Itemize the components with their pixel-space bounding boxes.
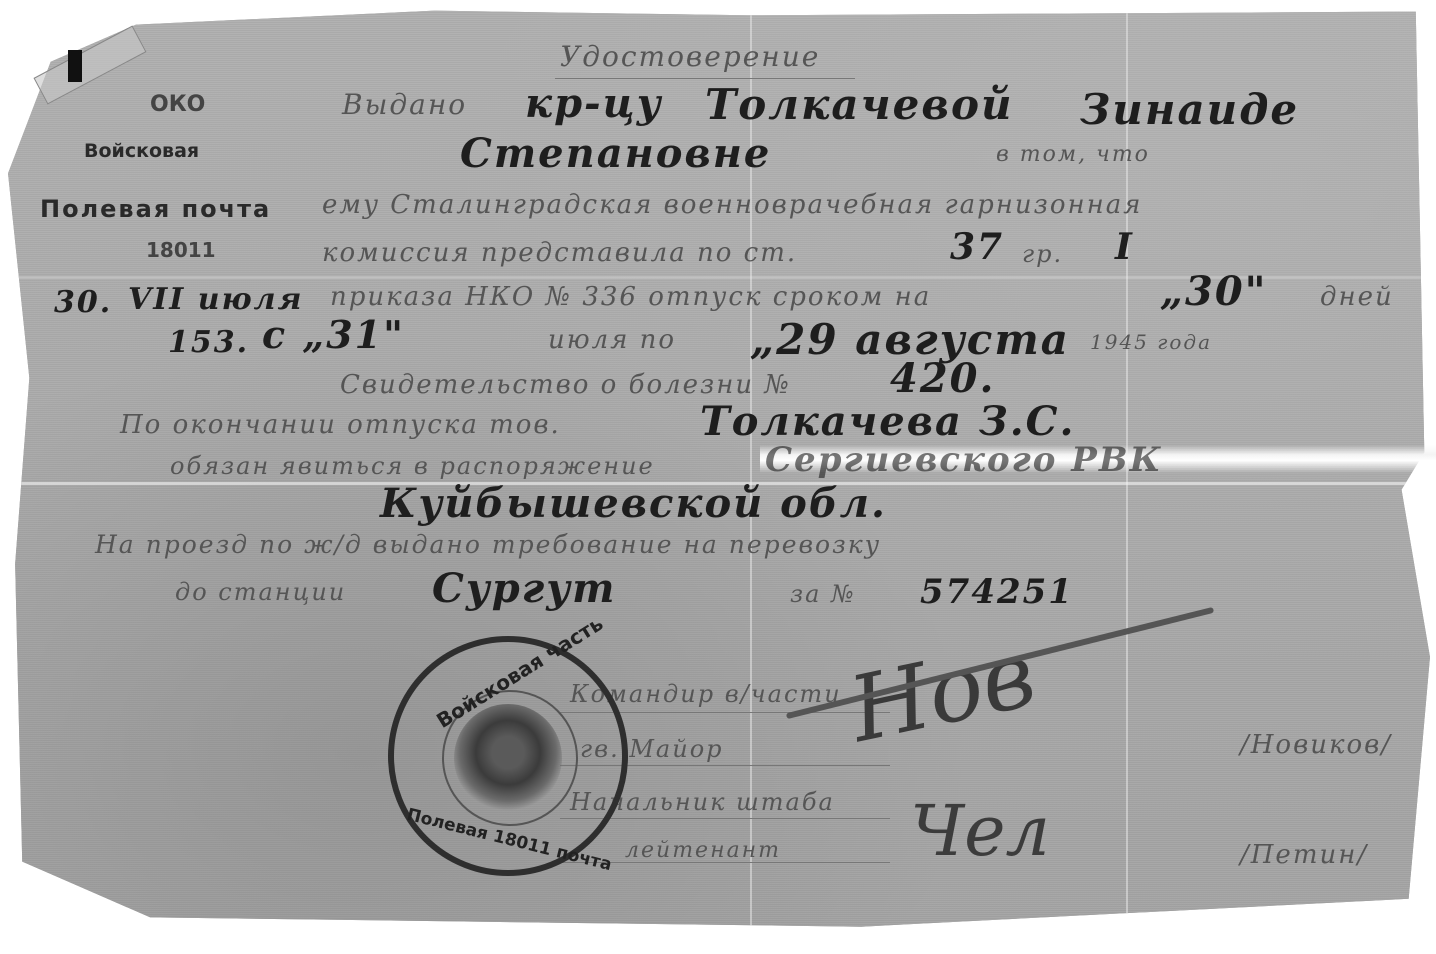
to-station-label: до станции (175, 578, 346, 606)
sick-certificate-number: 420. (890, 355, 995, 402)
rank: кр-цу (525, 80, 663, 127)
title-underline (555, 78, 855, 79)
corner-stamp-oko: ОКО (150, 92, 205, 117)
chief-name: /Петин/ (1240, 840, 1368, 870)
soviet-emblem-icon (454, 704, 562, 812)
commission-line: ему Сталинградская военноврачебная гарни… (322, 190, 1142, 220)
on-completion-label: По окончании отпуска тов. (120, 410, 561, 440)
requisition-label: за № (790, 580, 856, 608)
requisition-number: 574251 (920, 572, 1074, 612)
region: Куйбышевской обл. (380, 480, 887, 527)
article-number: 37 (950, 226, 1004, 268)
official-seal: Войсковая часть Полевая 18011 почта (388, 636, 628, 876)
station-name: Сургут (432, 565, 616, 612)
chief-signature: Чел (910, 790, 1050, 872)
corner-stamp-post: Полевая почта (40, 195, 271, 223)
comrade-name: Толкачева З.С. (700, 398, 1075, 445)
group-number: I (1115, 226, 1134, 268)
group-label: гр. (1022, 240, 1063, 268)
document-title: Удостоверение (560, 40, 820, 73)
recipient-name: Зинаиде (1080, 85, 1299, 134)
black-tab-mark (68, 50, 82, 82)
month-from: июля по (548, 325, 676, 355)
corner-stamp-unit: Войсковая (84, 140, 199, 162)
in-that-label: в том, что (996, 142, 1150, 167)
days-label: дней (1320, 282, 1394, 312)
order-line: приказа НКО № 336 отпуск сроком на (330, 282, 931, 312)
stamp-outgoing-number: 153. (168, 325, 249, 360)
travel-line: На проезд по ж/д выдано требование на пе… (95, 530, 881, 559)
issued-to-label: Выдано (342, 88, 467, 121)
corner-stamp-number: 18011 (146, 238, 216, 262)
stamp-date-day: 30. (54, 285, 112, 320)
leave-year: 1945 года (1090, 330, 1212, 354)
leave-days: „30" (1160, 268, 1268, 315)
obliged-label: обязан явиться в распоряжение (170, 452, 655, 480)
destination-office: Сергиевского РВК (765, 440, 1163, 480)
chief-rank: лейтенант (625, 838, 781, 863)
recipient-surname: Толкачевой (705, 80, 1014, 129)
recipient-patronymic: Степановне (460, 130, 771, 177)
article-label: комиссия представила по ст. (322, 238, 797, 268)
leave-from: с „31" (262, 312, 405, 357)
sick-certificate-label: Свидетельство о болезни № (340, 370, 791, 400)
commander-name: /Новиков/ (1240, 730, 1392, 760)
